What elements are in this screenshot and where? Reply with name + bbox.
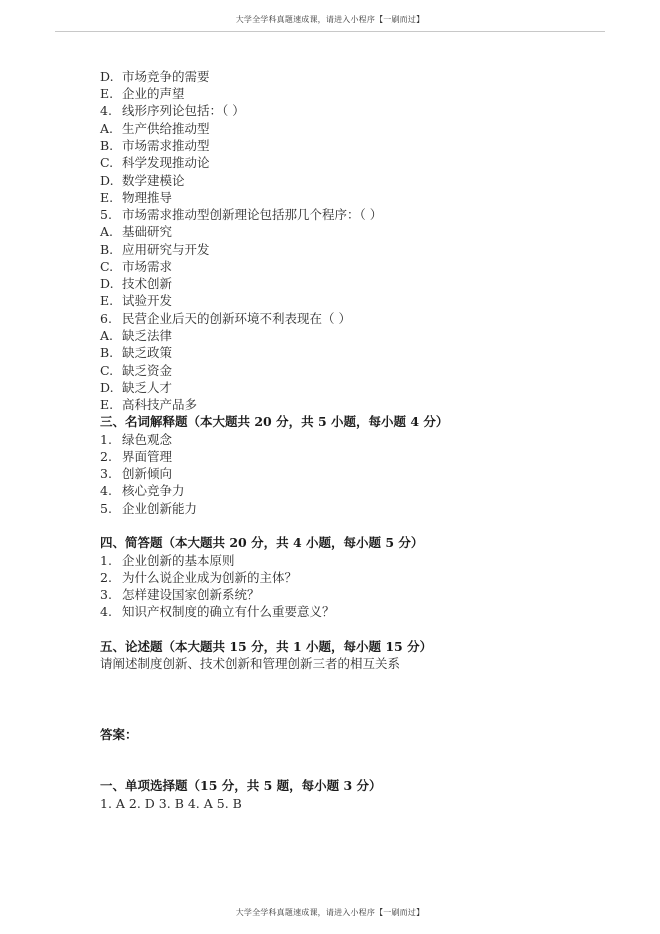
option-line: A.缺乏法律 xyxy=(100,327,172,344)
option-line: D.缺乏人才 xyxy=(100,379,172,396)
option-line: A.生产供给推动型 xyxy=(100,120,210,137)
list-item: 3.怎样建设国家创新系统？ xyxy=(100,586,260,603)
list-item: 2.为什么说企业成为创新的主体？ xyxy=(100,569,297,586)
section-heading: 一、单项选择题（15 分，共 5 题，每小题 3 分） xyxy=(100,777,382,794)
section-heading: 三、名词解释题（本大题共 20 分，共 5 小题，每小题 4 分） xyxy=(100,413,448,430)
option-line: E.物理推导 xyxy=(100,189,172,206)
question-line: 4.线形序列论包括：（ ） xyxy=(100,102,245,119)
list-item: 1.绿色观念 xyxy=(100,431,172,448)
option-line: B.应用研究与开发 xyxy=(100,241,210,258)
list-item: 5.企业创新能力 xyxy=(100,500,197,517)
footer-text: 大学全学科真题速成课，请进入小程序【一刷而过】 xyxy=(0,907,660,918)
section-heading: 五、论述题（本大题共 15 分，共 1 小题，每小题 15 分） xyxy=(100,638,432,655)
option-line: E.企业的声望 xyxy=(100,85,185,102)
header-text: 大学全学科真题速成课，请进入小程序【一刷而过】 xyxy=(55,14,605,25)
list-item: 3.创新倾向 xyxy=(100,465,172,482)
option-line: D.技术创新 xyxy=(100,275,172,292)
page-header: 大学全学科真题速成课，请进入小程序【一刷而过】 xyxy=(55,0,605,32)
answers-title: 答案： xyxy=(100,726,138,743)
list-item: 4.知识产权制度的确立有什么重要意义？ xyxy=(100,603,335,620)
list-item: 4.核心竞争力 xyxy=(100,482,185,499)
option-line: B.缺乏政策 xyxy=(100,344,172,361)
section-heading: 四、简答题（本大题共 20 分，共 4 小题，每小题 5 分） xyxy=(100,534,423,551)
answer-key: 1. A 2. D 3. B 4. A 5. B xyxy=(100,795,242,812)
option-line: C.缺乏资金 xyxy=(100,362,172,379)
option-line: E.试验开发 xyxy=(100,292,172,309)
option-line: E.高科技产品多 xyxy=(100,396,197,413)
option-line: C.科学发现推动论 xyxy=(100,154,210,171)
question-line: 6.民营企业后天的创新环境不利表现在（ ） xyxy=(100,310,351,327)
option-line: A.基础研究 xyxy=(100,223,172,240)
option-line: D.市场竞争的需要 xyxy=(100,68,210,85)
option-line: D.数学建模论 xyxy=(100,172,185,189)
option-line: C.市场需求 xyxy=(100,258,172,275)
essay-question: 请阐述制度创新、技术创新和管理创新三者的相互关系 xyxy=(100,655,400,672)
list-item: 1.企业创新的基本原则 xyxy=(100,552,235,569)
question-line: 5.市场需求推动型创新理论包括那几个程序：（ ） xyxy=(100,206,382,223)
list-item: 2.界面管理 xyxy=(100,448,172,465)
option-line: B.市场需求推动型 xyxy=(100,137,210,154)
